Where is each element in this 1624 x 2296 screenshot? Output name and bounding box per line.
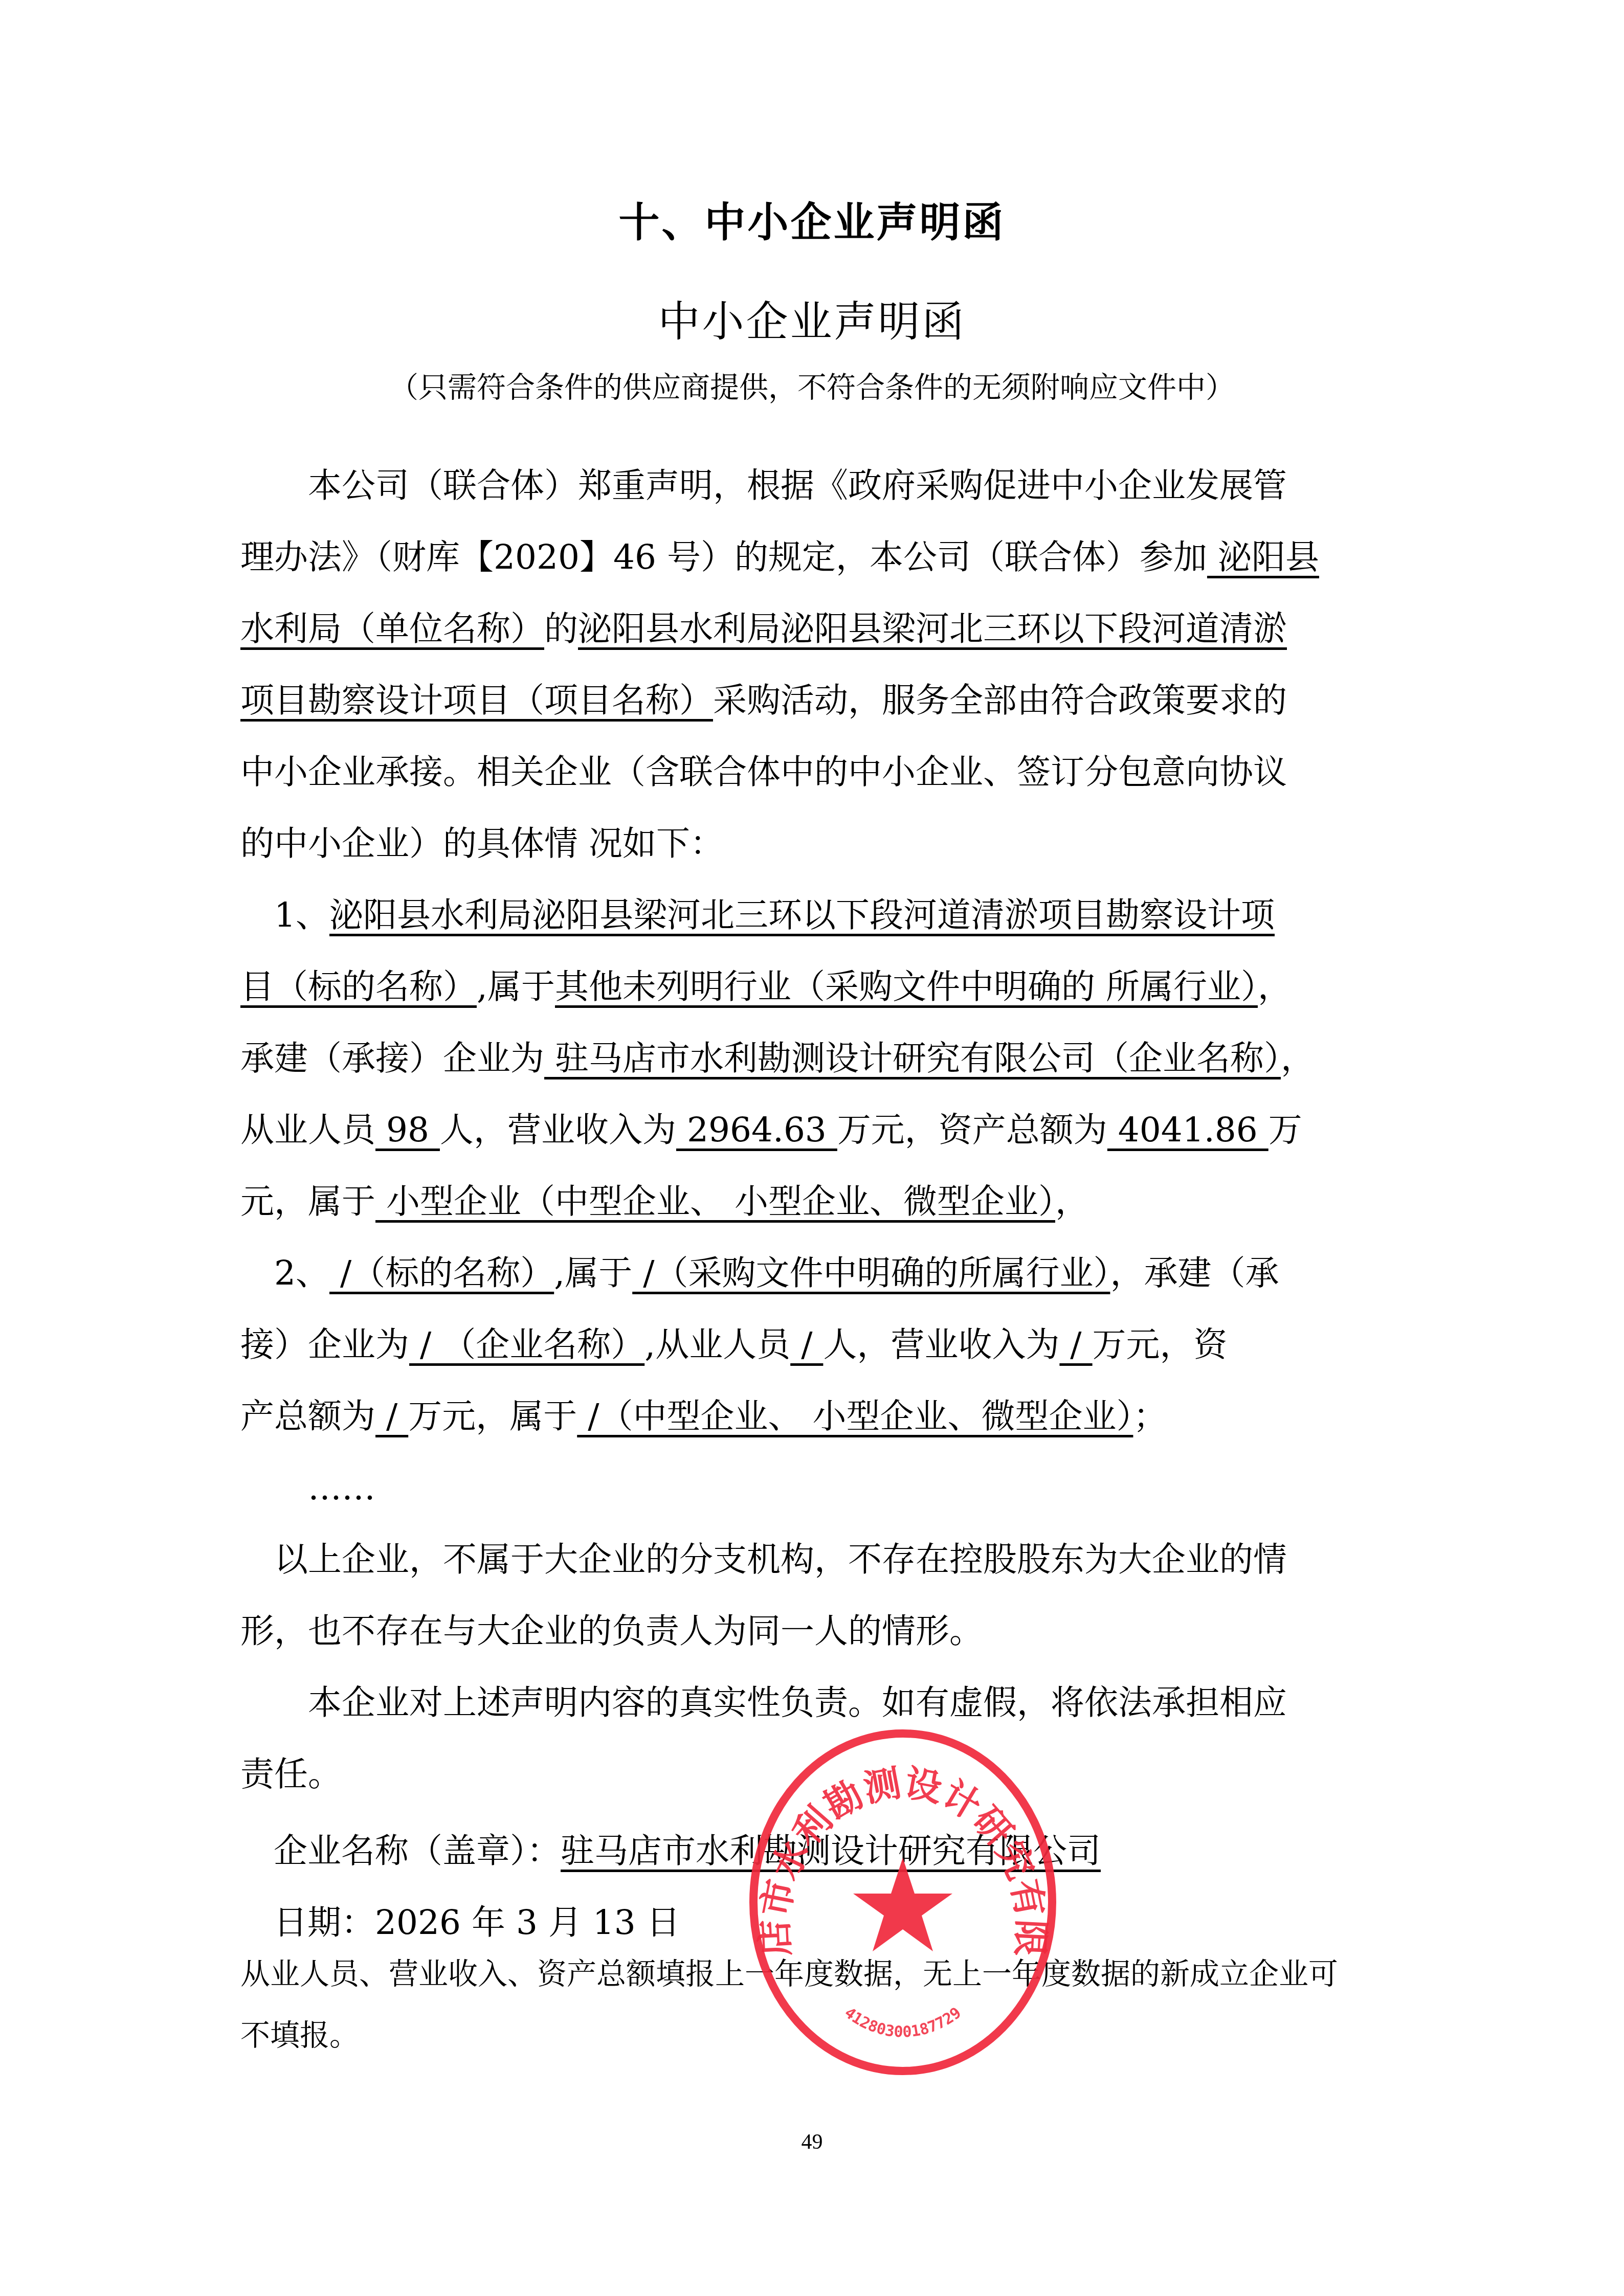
statement-line: 本企业对上述声明内容的真实性负责。如有虚假，将依法承担相应 <box>240 1667 1427 1739</box>
item1-line: 目（标的名称）,属于其他未列明行业（采购文件中明确的 所属行业）， <box>240 951 1427 1023</box>
item2-line: 产总额为 / 万元，属于 /（中型企业、 小型企业、微型企业）； <box>240 1381 1427 1452</box>
item1-subject-name: 目（标的名称） <box>240 967 477 1006</box>
intro-line: 中小企业承接。相关企业（含联合体中的中小企业、签订分包意向协议 <box>240 736 1427 808</box>
item1-industry: 其他未列明行业（采购文件中明确的 所属行业） <box>555 967 1258 1006</box>
document-note: （只需符合条件的供应商提供，不符合条件的无须附响应文件中） <box>0 367 1624 408</box>
item2-scale: /（中型企业、 小型企业、微型企业） <box>577 1397 1133 1436</box>
project-name-field: 项目勘察设计项目（项目名称） <box>240 681 713 720</box>
item2-subject-name: /（标的名称） <box>329 1253 554 1293</box>
item1-line: 从业人员 98 人，营业收入为 2964.63 万元，资产总额为 4041.86… <box>240 1094 1427 1166</box>
item2-revenue: / <box>1059 1325 1092 1364</box>
document-page: 十、中小企业声明函 中小企业声明函 （只需符合条件的供应商提供，不符合条件的无须… <box>0 0 1624 2296</box>
company-name-stamp-field: 驻马店市水利勘测设计研究有限公司 <box>561 1831 1101 1871</box>
item2-line: 2、 /（标的名称）,属于 /（采购文件中明确的所属行业），承建（承 <box>240 1237 1427 1309</box>
item2-assets: / <box>375 1397 408 1436</box>
item1-assets: 4041.86 <box>1107 1110 1269 1150</box>
intro-line: 水利局（单位名称）的泌阳县水利局泌阳县梁河北三环以下段河道清淤 <box>240 593 1427 665</box>
statement-line: 以上企业，不属于大企业的分支机构，不存在控股股东为大企业的情 <box>240 1524 1427 1595</box>
document-body: 本公司（联合体）郑重声明，根据《政府采购促进中小企业发展管 理办法》（财库【20… <box>240 450 1427 1810</box>
item2-employees: / <box>790 1325 823 1364</box>
item1-line: 承建（承接）企业为 驻马店市水利勘测设计研究有限公司（企业名称）， <box>240 1023 1427 1094</box>
statement-line: 责任。 <box>240 1739 1427 1810</box>
intro-line: 本公司（联合体）郑重声明，根据《政府采购促进中小企业发展管 <box>240 450 1427 522</box>
statement-line: 形，也不存在与大企业的负责人为同一人的情形。 <box>240 1595 1427 1667</box>
ellipsis: …… <box>240 1452 1427 1524</box>
item1-revenue: 2964.63 <box>676 1110 837 1150</box>
document-title: 中小企业声明函 <box>0 297 1624 348</box>
section-title: 十、中小企业声明函 <box>0 197 1624 248</box>
signature-line: 企业名称（盖章）：驻马店市水利勘测设计研究有限公司 <box>274 1815 1101 1887</box>
purchaser-field: 水利局（单位名称） <box>240 609 544 648</box>
intro-line: 理办法》（财库【2020】46 号）的规定，本公司（联合体）参加 泌阳县 <box>240 522 1427 593</box>
item1-line: 1、泌阳县水利局泌阳县梁河北三环以下段河道清淤项目勘察设计项 <box>240 880 1427 951</box>
item1-contractor: 驻马店市水利勘测设计研究有限公司（企业名称） <box>544 1039 1281 1078</box>
project-name-field: 泌阳县水利局泌阳县梁河北三环以下段河道清淤 <box>578 609 1287 648</box>
intro-line: 项目勘察设计项目（项目名称）采购活动，服务全部由符合政策要求的 <box>240 665 1427 736</box>
intro-line: 的中小企业）的具体情 况如下： <box>240 808 1427 880</box>
item1-employees: 98 <box>375 1110 440 1150</box>
date-value: 2026 年 3 月 13 日 <box>375 1903 680 1942</box>
footnote: 从业人员、营业收入、资产总额填报上一年度数据，无上一年度数据的新成立企业可 不填… <box>240 1943 1432 2066</box>
item2-line: 接）企业为 / （企业名称）,从业人员 / 人，营业收入为 / 万元，资 <box>240 1309 1427 1381</box>
page-number: 49 <box>0 2130 1624 2154</box>
item2-contractor: / （企业名称） <box>409 1325 644 1364</box>
item1-line: 元，属于 小型企业（中型企业、 小型企业、微型企业）， <box>240 1166 1427 1237</box>
purchaser-field: 泌阳县 <box>1207 537 1319 577</box>
item1-subject-name: 泌阳县水利局泌阳县梁河北三环以下段河道清淤项目勘察设计项 <box>329 895 1275 935</box>
item2-industry: /（采购文件中明确的所属行业） <box>632 1253 1110 1293</box>
item1-scale: 小型企业（中型企业、 小型企业、微型企业） <box>375 1182 1055 1221</box>
